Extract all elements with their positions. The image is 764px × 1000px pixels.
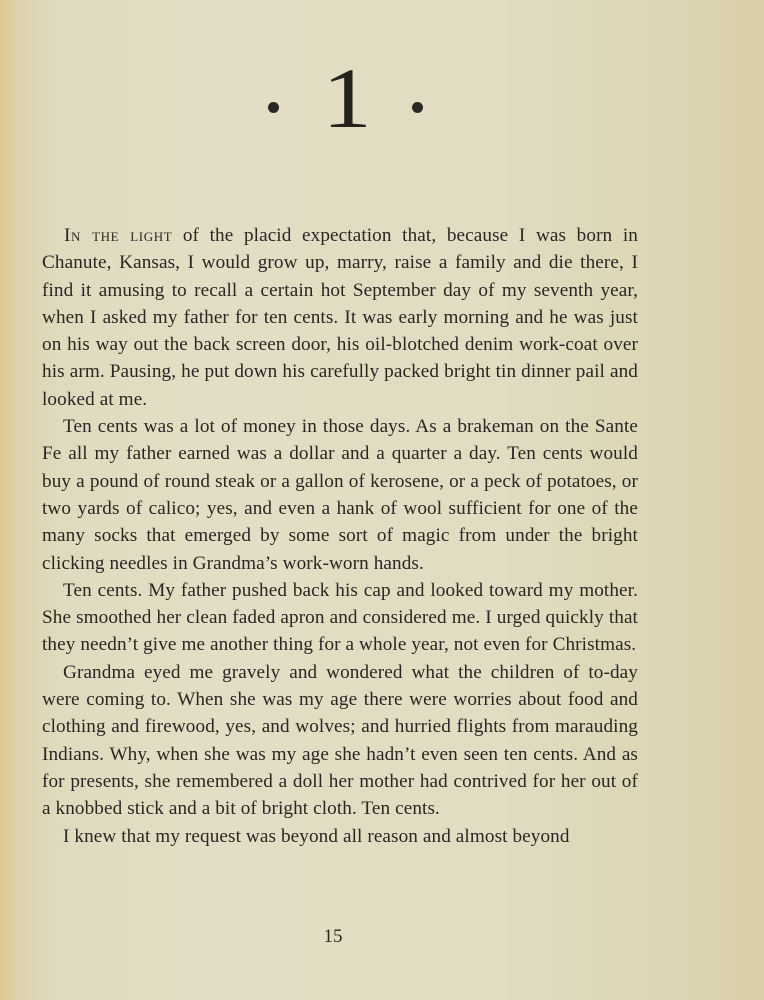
paragraph-2: Ten cents was a lot of money in those da… — [42, 413, 638, 577]
opening-small-caps: In the light — [64, 225, 172, 246]
paragraph-4: Grandma eyed me gravely and wondered wha… — [42, 659, 638, 823]
paragraph-1: In the light of the placid expectation t… — [42, 222, 638, 413]
chapter-heading: 1 — [0, 62, 764, 142]
paragraph-1-text: of the placid expectation that, because … — [42, 225, 638, 410]
chapter-body-text: In the light of the placid expectation t… — [42, 222, 638, 850]
page-number: 15 — [0, 926, 666, 948]
book-page: 1 In the light of the placid expectation… — [0, 0, 764, 1000]
bullet-ornament-left-icon — [268, 102, 279, 113]
paragraph-5: I knew that my request was beyond all re… — [42, 823, 638, 850]
chapter-number: 1 — [318, 62, 376, 134]
paragraph-3: Ten cents. My father pushed back his cap… — [42, 577, 638, 659]
bullet-ornament-right-icon — [412, 102, 423, 113]
